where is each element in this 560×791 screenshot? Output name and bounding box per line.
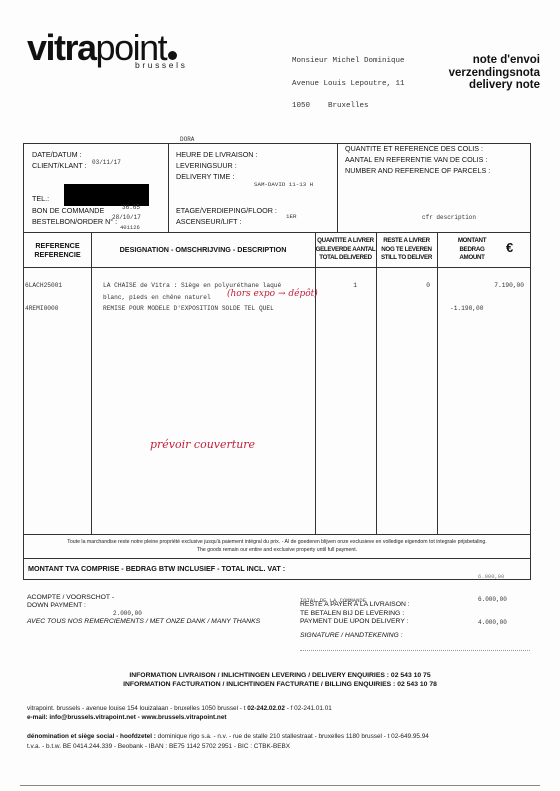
order-value-3: 401126 xyxy=(120,224,140,231)
recipient-city: Bruxelles xyxy=(328,102,369,110)
title-en: delivery note xyxy=(449,79,540,92)
bottom-rule xyxy=(20,785,540,786)
signature-label: SIGNATURE / HANDTEKENING : xyxy=(300,631,403,640)
row1-delivered: 1 xyxy=(315,281,357,290)
logo-subtitle: brussels xyxy=(135,60,187,70)
row2-amount: -1.190,00 xyxy=(437,304,524,313)
order-label-2: BESTELBON/ORDER N° : xyxy=(32,216,117,228)
down-payment-value: 2.000,00 xyxy=(113,610,142,617)
due-value: 4.000,00 xyxy=(478,619,507,626)
parcels-label-3: NUMBER AND REFERENCE OF PARCELS : xyxy=(345,165,490,177)
recipient-street: Avenue Louis Lepoutre, 11 xyxy=(292,80,405,88)
title-nl: verzendingsnota xyxy=(449,67,540,80)
time-label-3: DELIVERY TIME : xyxy=(176,171,234,183)
euro-icon: € xyxy=(506,243,513,252)
lift-label: ASCENSEUR/LIFT : xyxy=(176,216,241,228)
client-value: 03/11/17 xyxy=(92,159,121,166)
row1-reference: 6LACH25001 xyxy=(25,281,62,290)
order-value-2: 28/10/17 xyxy=(112,214,141,221)
ownership-notice: Toute la marchandise reste notre pleine … xyxy=(23,535,531,559)
salesperson: DORA xyxy=(180,136,194,143)
col-reference: REFERENCEREFERENCIE xyxy=(24,241,91,259)
delivery-enquiries: INFORMATION LIVRAISON / INLICHTINGEN LEV… xyxy=(0,672,560,679)
title-fr: note d'envoi xyxy=(449,54,540,67)
items-table: REFERENCEREFERENCIE DESIGNATION - OMSCHR… xyxy=(23,232,531,535)
row1-handwritten-note: (hors expo → dépôt) xyxy=(227,290,318,299)
due-label-1: RESTE A PAYER A LA LIVRAISON : xyxy=(300,600,410,609)
company-address: vitrapoint. brussels - avenue louise 154… xyxy=(27,705,332,712)
col-remaining: RESTE A LIVRERNOG TE LEVERENSTILL TO DEL… xyxy=(376,237,437,263)
row1-amount: 7.190,00 xyxy=(437,281,524,290)
recipient-name: Monsieur Michel Dominique xyxy=(292,57,405,65)
row2-reference: 4REMI0000 xyxy=(25,304,58,313)
company-contact: e-mail: info@brussels.vitrapoint.net - w… xyxy=(27,714,227,721)
down-payment-label-2: DOWN PAYMENT : xyxy=(27,601,86,610)
col-amount: MONTANTBEDRAGAMOUNT xyxy=(437,237,507,263)
registered-office: dénomination et siège social - hoofdzete… xyxy=(27,733,429,740)
handwritten-note: prévoir couverture xyxy=(150,440,255,449)
order-value-1: 36.65 xyxy=(122,204,140,211)
total-label: MONTANT TVA COMPRISE - BEDRAG BTW INCLUS… xyxy=(28,564,285,573)
recipient-postcode: 1050 xyxy=(292,102,310,110)
logo-dot-icon xyxy=(168,51,177,60)
due-label-3: PAYMENT DUE UPON DELIVERY : xyxy=(300,617,409,626)
thanks-text: AVEC TOUS NOS REMERCIEMENTS / MET ONZE D… xyxy=(27,617,260,626)
client-label: CLIENT/KLANT : xyxy=(32,160,87,172)
logo-bold: vitra xyxy=(27,27,96,68)
billing-enquiries: INFORMATION FACTURATION / INLICHTINGEN F… xyxy=(0,681,560,688)
bank-details: t.v.a. - b.t.w. BE 0414.244.339 - Beoban… xyxy=(27,743,290,750)
col-delivered: QUANTITE A LIVRERGELEVERDE AANTALTOTAL D… xyxy=(315,237,376,263)
delivery-header-box: DATE/DATUM : CLIENT/KLANT : 03/11/17 TEL… xyxy=(23,143,531,233)
row2-desc-1: REMISE POUR MODELE D'EXPOSITION SOLDE TE… xyxy=(103,304,274,313)
row1-desc-2: blanc, pieds en chêne naturel xyxy=(103,293,211,302)
lift-value: 1ER xyxy=(286,213,296,220)
delivery-time-value: SAM-DAVID 11-13 H xyxy=(254,181,313,188)
signature-line xyxy=(300,650,530,651)
order-total-value: 6.000,00 xyxy=(478,596,507,603)
redacted-phone xyxy=(64,184,149,206)
company-phone: 02-242.02.02 xyxy=(247,705,285,712)
parcels-value: cfr description xyxy=(422,214,476,221)
col-description: DESIGNATION - OMSCHRIJVING - DESCRIPTION xyxy=(91,245,315,254)
row1-remaining: 0 xyxy=(376,281,430,290)
document-title: note d'envoi verzendingsnota delivery no… xyxy=(449,54,540,92)
tel-label: TEL.: xyxy=(32,193,49,205)
total-value: 6.000,00 xyxy=(478,573,504,580)
